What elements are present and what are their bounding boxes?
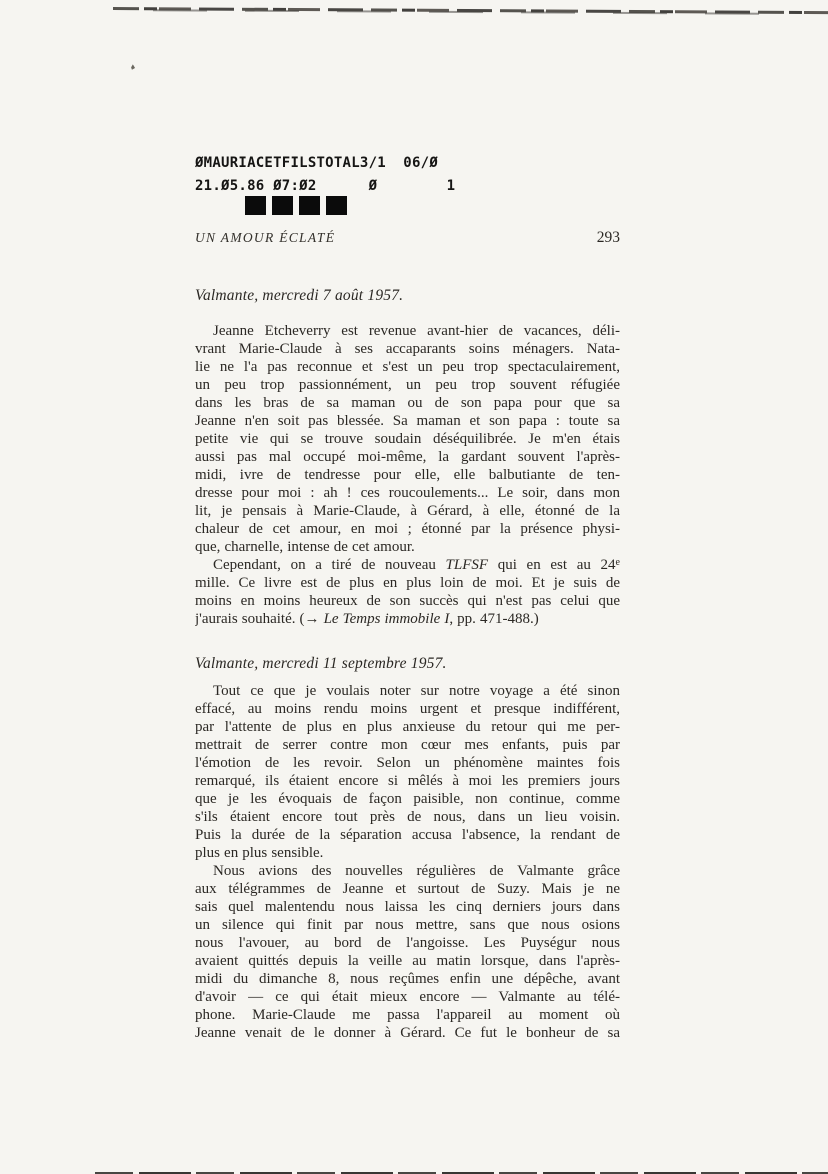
text-line: par l'attente de plus en plus anxieuse d… [195, 718, 620, 736]
text-line: petite vie qui se trouve soudain déséqui… [195, 430, 620, 448]
text-line: mettrait de serrer contre mon cœur mes e… [195, 736, 620, 754]
text-line: Tout ce que je voulais noter sur notre v… [195, 682, 620, 700]
machine-header-line2: 21.Ø5.86 Ø7:Ø2 Ø 1 [195, 178, 455, 194]
scan-speck [130, 64, 136, 70]
black-block [272, 196, 293, 215]
running-header: UN AMOUR ÉCLATÉ 293 [195, 229, 620, 247]
text-line: mille. Ce livre est de plus en plus loin… [195, 574, 620, 592]
machine-header-line1: ØMAURIACETFILSTOTAL3/1 06/Ø [195, 155, 438, 171]
text-line: dans les bras de sa maman ou de son papa… [195, 394, 620, 412]
text-line: effacé, au moins rendu moins urgent et p… [195, 700, 620, 718]
text-line: j'aurais souhaité. (→ Le Temps immobile … [195, 610, 620, 628]
text-line: dresse pour moi : ah ! ces roucoulements… [195, 484, 620, 502]
text-line: Jeanne venait de le donner à Gérard. Ce … [195, 1024, 620, 1042]
book-chapter-title: UN AMOUR ÉCLATÉ [195, 230, 335, 246]
scanner-edge-top [113, 7, 828, 14]
text-line: Nous avions des nouvelles régulières de … [195, 862, 620, 880]
text-line: vrant Marie-Claude à ses accaparants soi… [195, 340, 620, 358]
paragraph: Cependant, on a tiré de nouveau TLFSF qu… [195, 556, 620, 628]
text-segment: Cependant, on a tiré de nouveau [213, 557, 446, 573]
text-line: nous l'avouer, au bord de l'angoisse. Le… [195, 934, 620, 952]
text-line: avaient quittés depuis la veille au mati… [195, 952, 620, 970]
paragraph: Tout ce que je voulais noter sur notre v… [195, 682, 620, 862]
black-block [299, 196, 320, 215]
black-block [326, 196, 347, 215]
italic-text: TLFSF [446, 557, 489, 573]
text-line: lit, je pensais à Marie-Claude, à Gérard… [195, 502, 620, 520]
text-line: plus en plus sensible. [195, 844, 620, 862]
text-line: moins en moins heureux de son succès qui… [195, 592, 620, 610]
text-line: que je les évoquais de façon paisible, n… [195, 790, 620, 808]
date-heading: Valmante, mercredi 7 août 1957. [195, 287, 620, 305]
italic-text: Le Temps immobile I [324, 611, 450, 627]
paragraph: Nous avions des nouvelles régulières de … [195, 862, 620, 1042]
text-line: Jeanne n'en soit pas blessée. Sa maman e… [195, 412, 620, 430]
superscript-text: e [616, 557, 620, 568]
text-line: chaleur de cet amour, en moi ; étonné pa… [195, 520, 620, 538]
text-line: s'ils étaient encore tout près de nous, … [195, 808, 620, 826]
calibration-blocks [245, 196, 347, 215]
text-segment: qui en est au 24 [488, 557, 616, 573]
text-line: d'avoir — ce qui était mieux encore — Va… [195, 988, 620, 1006]
text-line: que, charnelle, intense de cet amour. [195, 538, 620, 556]
page-number: 293 [597, 229, 620, 247]
text-line: midi, ivre de tendresse pour elle, elle … [195, 466, 620, 484]
black-block [245, 196, 266, 215]
text-line: l'émotion de les revoir. Selon un phénom… [195, 754, 620, 772]
text-line: aussi pas mal occupé moi-même, la gardan… [195, 448, 620, 466]
date-heading: Valmante, mercredi 11 septembre 1957. [195, 655, 620, 673]
text-line: aux télégrammes de Jeanne et surtout de … [195, 880, 620, 898]
content-column: Valmante, mercredi 7 août 1957.Jeanne Et… [195, 287, 620, 1042]
text-line: Cependant, on a tiré de nouveau TLFSF qu… [195, 556, 620, 574]
text-line: midi du dimanche 8, nous reçûmes enfin u… [195, 970, 620, 988]
scanned-book-page: { "colors": { "paper": "#f6f5f1", "ink":… [0, 0, 828, 1174]
text-line: lie ne l'a pas reconnue et s'est un peu … [195, 358, 620, 376]
text-line: Jeanne Etcheverry est revenue avant-hier… [195, 322, 620, 340]
text-segment: j'aurais souhaité. (→ [195, 611, 324, 627]
text-line: Puis la durée de la séparation accusa l'… [195, 826, 620, 844]
text-line: un silence qui finit par nous mettre, sa… [195, 916, 620, 934]
text-line: phone. Marie-Claude me passa l'appareil … [195, 1006, 620, 1024]
text-line: un peu trop passionnément, un peu trop s… [195, 376, 620, 394]
text-segment: , pp. 471-488.) [449, 611, 538, 627]
paragraph: Jeanne Etcheverry est revenue avant-hier… [195, 322, 620, 556]
text-line: sais quel malentendu nous laissa les cin… [195, 898, 620, 916]
text-line: remarqué, ils étaient encore si mêlés à … [195, 772, 620, 790]
